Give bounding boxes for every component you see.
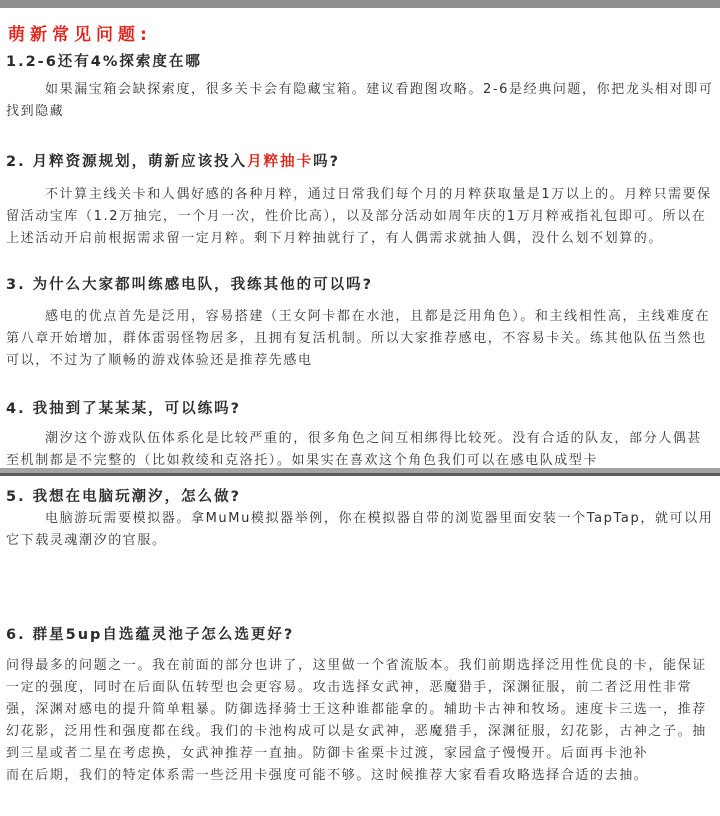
faq-section-4: 4. 我抽到了某某某，可以练吗? 潮汐这个游戏队伍体系化是比较严重的，很多角色之…	[6, 397, 714, 472]
question-1: 1.2-6还有4%探索度在哪	[6, 50, 714, 71]
question-3: 3. 为什么大家都叫练感电队，我练其他的可以吗?	[6, 273, 714, 294]
document-content: 萌新常见问题: 1.2-6还有4%探索度在哪 如果漏宝箱会缺探索度，很多关卡会有…	[0, 20, 720, 787]
question-2-highlight: 月粹抽卡	[247, 154, 313, 170]
answer-1: 如果漏宝箱会缺探索度，很多关卡会有隐藏宝箱。建议看跑图攻略。2-6是经典问题，你…	[6, 79, 714, 123]
faq-document: 萌新常见问题: 1.2-6还有4%探索度在哪 如果漏宝箱会缺探索度，很多关卡会有…	[0, 0, 720, 787]
answer-3: 感电的优点首先是泛用，容易搭建（王女阿卡都在水池，且都是泛用角色）。和主线相性高…	[6, 306, 714, 372]
question-5: 5. 我想在电脑玩潮汐，怎么做?	[6, 485, 714, 506]
top-divider-bar	[0, 0, 720, 8]
question-6: 6. 群星5up自选蕴灵池子怎么选更好?	[6, 623, 714, 644]
question-2: 2. 月粹资源规划，萌新应该投入月粹抽卡吗?	[6, 150, 714, 171]
answer-6-continued: 而在后期，我们的特定体系需一些泛用卡强度可能不够。这时候推荐大家看看攻略选择合适…	[6, 765, 714, 787]
page-title: 萌新常见问题:	[8, 20, 714, 45]
answer-4: 潮汐这个游戏队伍体系化是比较严重的，很多角色之间互相绑得比较死。没有合适的队友，…	[6, 428, 714, 472]
question-2-text: 2. 月粹资源规划，萌新应该投入	[6, 154, 247, 170]
answer-5: 电脑游玩需要模拟器。拿MuMu模拟器举例，你在模拟器自带的浏览器里面安装一个Ta…	[6, 508, 714, 552]
faq-section-3: 3. 为什么大家都叫练感电队，我练其他的可以吗? 感电的优点首先是泛用，容易搭建…	[6, 273, 714, 372]
question-4: 4. 我抽到了某某某，可以练吗?	[6, 397, 714, 418]
answer-6: 问得最多的问题之一。我在前面的部分也讲了，这里做一个省流版本。我们前期选择泛用性…	[6, 655, 714, 765]
question-2-suffix: 吗?	[313, 154, 340, 170]
faq-section-6: 6. 群星5up自选蕴灵池子怎么选更好? 问得最多的问题之一。我在前面的部分也讲…	[6, 623, 714, 787]
faq-section-1: 1.2-6还有4%探索度在哪 如果漏宝箱会缺探索度，很多关卡会有隐藏宝箱。建议看…	[6, 50, 714, 123]
answer-2: 不计算主线关卡和人偶好感的各种月粹，通过日常我们每个月的月粹获取量是1万以上的。…	[6, 184, 714, 250]
faq-section-2: 2. 月粹资源规划，萌新应该投入月粹抽卡吗? 不计算主线关卡和人偶好感的各种月粹…	[6, 150, 714, 250]
faq-section-5: 5. 我想在电脑玩潮汐，怎么做? 电脑游玩需要模拟器。拿MuMu模拟器举例，你在…	[6, 485, 714, 552]
